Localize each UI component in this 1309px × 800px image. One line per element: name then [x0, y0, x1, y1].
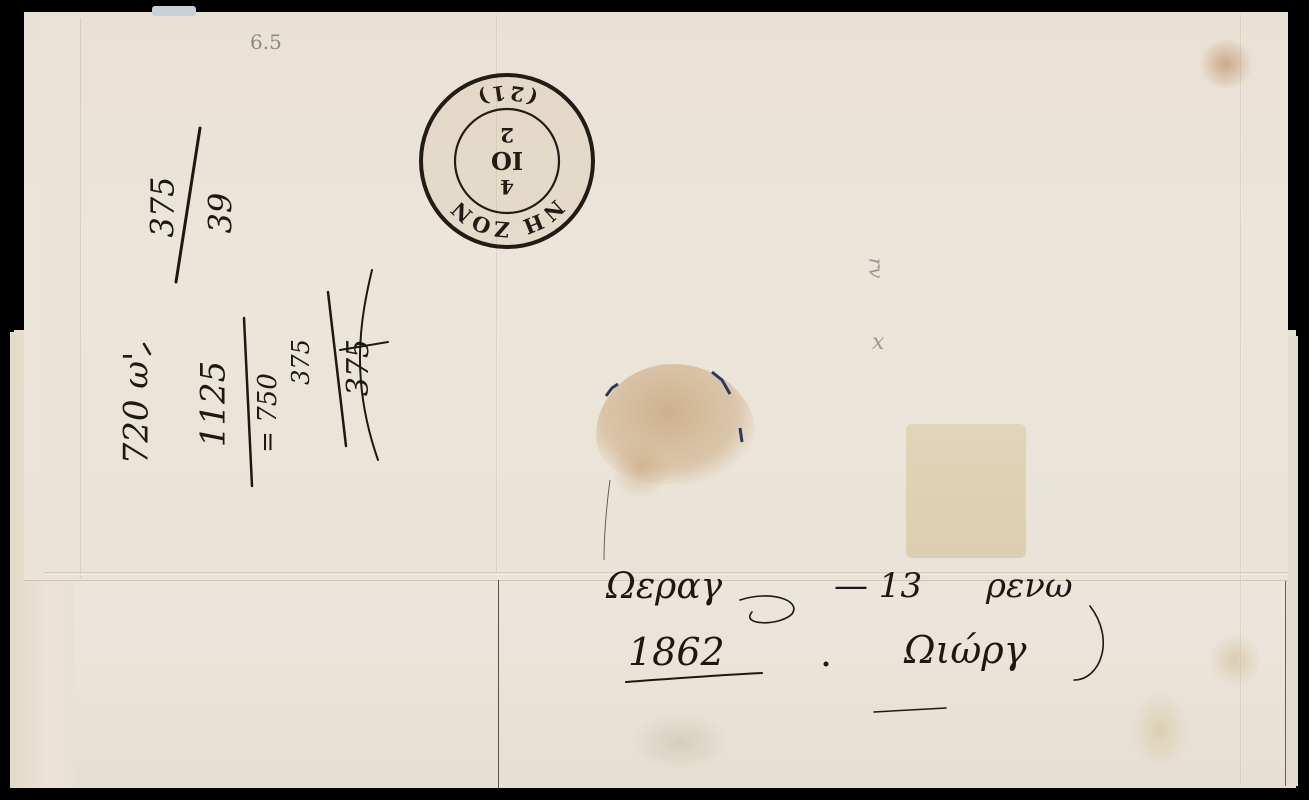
docket-underlines [0, 0, 1309, 800]
